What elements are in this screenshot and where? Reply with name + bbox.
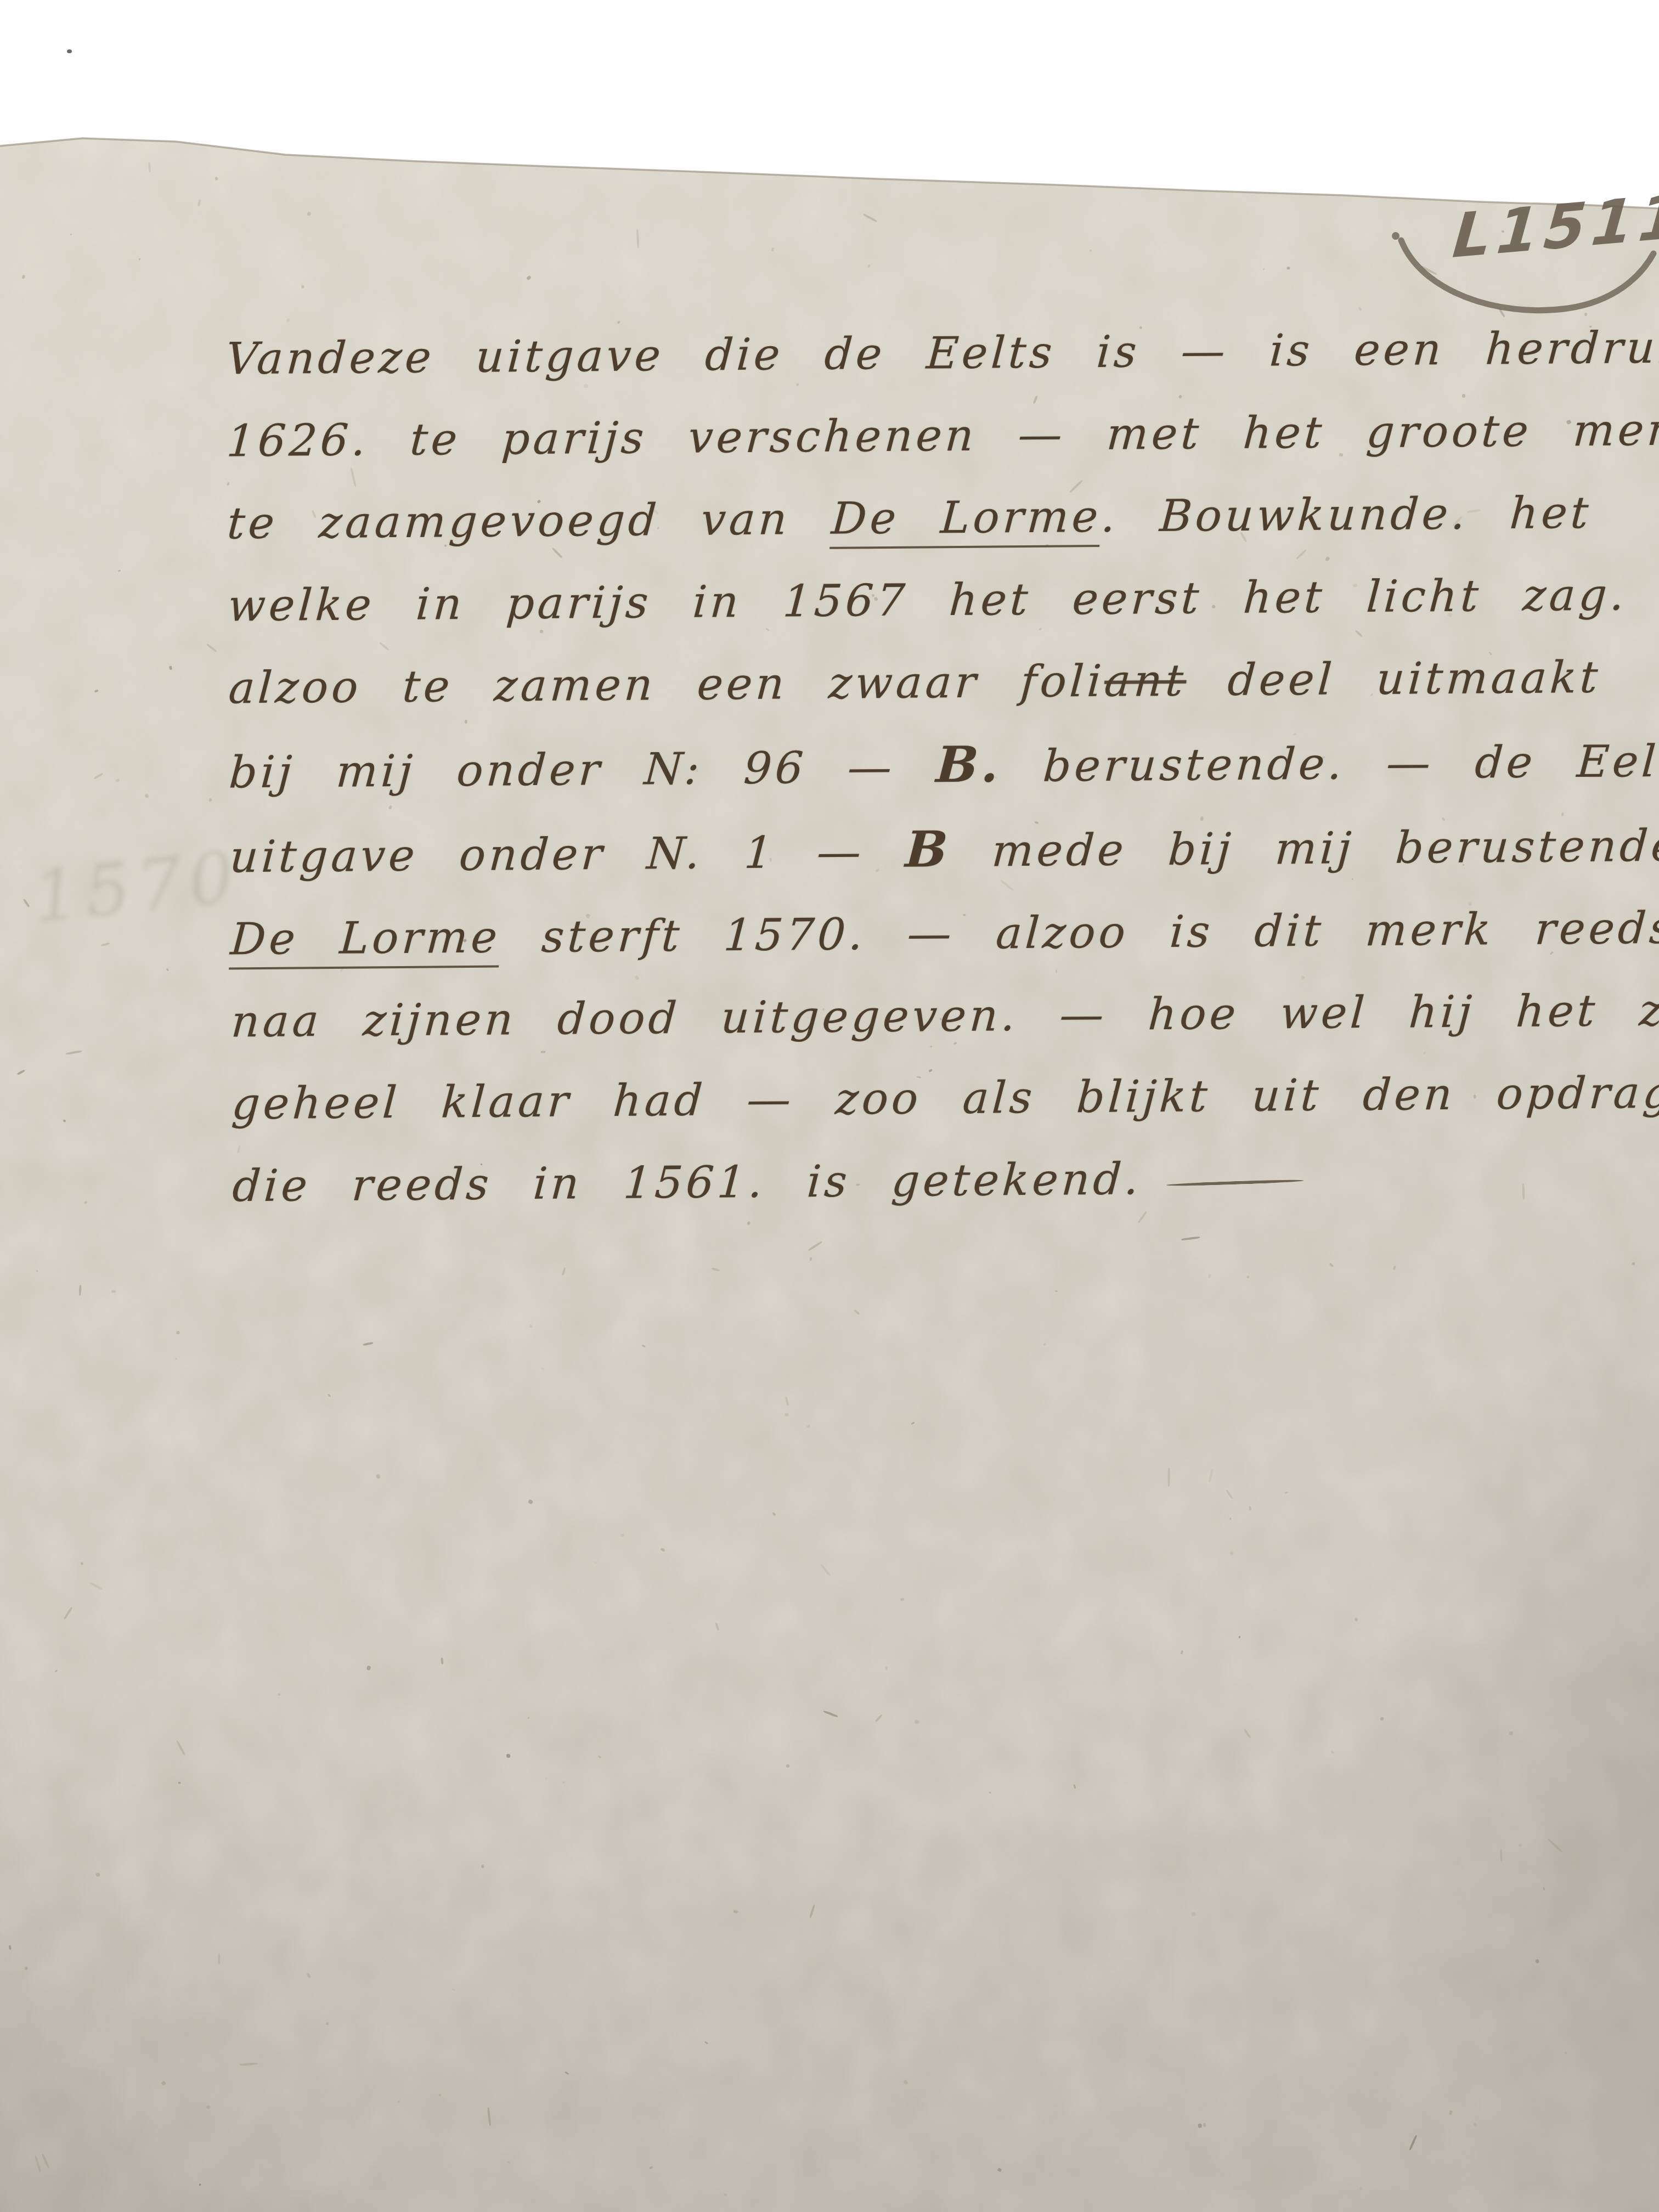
paper-speck <box>441 1657 444 1664</box>
paper-speck <box>21 274 26 279</box>
paper-speck <box>1330 1751 1334 1754</box>
manuscript-segment: uitgave onder N. 1 — <box>228 826 907 883</box>
paper-speck <box>487 2107 491 2126</box>
paper-speck <box>1226 1489 1233 1499</box>
paper-speck <box>528 1499 534 1504</box>
paper-speck <box>1209 1469 1214 1482</box>
paper-speck <box>808 1241 822 1251</box>
paper-speck <box>149 162 151 172</box>
paper-speck <box>786 1764 789 1768</box>
paper-speck <box>1229 1551 1234 1556</box>
paper-speck <box>1500 1849 1503 1861</box>
paper-speck <box>79 1285 81 1295</box>
paper-speck <box>118 569 121 572</box>
paper-speck <box>809 1904 815 1918</box>
paper-speck <box>161 2081 167 2086</box>
paper-speck <box>90 1582 103 1590</box>
manuscript-line: bij mij onder N: 96 — B. berustende. — d… <box>227 717 1659 814</box>
paper-speck <box>366 1666 371 1671</box>
paper-speck <box>1474 2123 1477 2126</box>
paper-speck <box>724 2193 727 2196</box>
paper-speck <box>1632 1262 1635 1265</box>
paper-speck <box>81 1562 83 1565</box>
paper-speck <box>1393 1266 1396 1271</box>
paper-speck <box>527 1717 529 1719</box>
paper-speck <box>1074 1784 1076 1788</box>
paper-speck <box>94 690 99 693</box>
manuscript-segment: De Lorme <box>830 491 1103 549</box>
paper-speck <box>24 1966 29 1971</box>
paper-speck <box>208 798 212 802</box>
paper-speck <box>598 1755 602 1758</box>
paper-speck <box>169 666 172 670</box>
manuscript-segment: 1626. te parijs verschenen — met het gro… <box>225 404 1659 466</box>
paper-speck <box>1535 1959 1539 1963</box>
paper-speck <box>64 1607 73 1620</box>
paper-speck <box>1329 1263 1334 1267</box>
paper-speck <box>771 247 774 251</box>
paper-speck <box>307 212 312 216</box>
paper-speck <box>1380 1717 1384 1721</box>
paper-speck <box>363 1342 374 1346</box>
paper-speck <box>375 1474 381 1479</box>
manuscript-line: 1626. te parijs verschenen — met het gro… <box>224 388 1659 483</box>
paper-speck <box>176 1330 180 1334</box>
paper-speck <box>1564 2051 1567 2055</box>
paper-speck <box>176 1740 185 1756</box>
paper-speck <box>507 2161 511 2164</box>
paper-speck <box>1244 1729 1251 1739</box>
manuscript-segment: mede bij mij berustende — <box>949 819 1659 877</box>
paper-speck <box>1543 1887 1545 1891</box>
manuscript-line: welke in parijs in 1567 het eerst het li… <box>225 552 1659 647</box>
paper-speck <box>1360 2187 1362 2190</box>
paper-speck <box>1409 2135 1417 2151</box>
paper-speck <box>506 1754 511 1758</box>
paper-speck <box>785 1397 789 1406</box>
paper-speck <box>206 644 217 652</box>
paper-speck <box>545 1777 548 1780</box>
paper-speck <box>809 1257 812 1261</box>
paper-speck <box>642 1345 646 1348</box>
paper-speck <box>620 1533 624 1537</box>
paper-speck <box>594 1561 597 1564</box>
paper-speck <box>712 1267 720 1272</box>
paper-speck <box>1055 1290 1058 1293</box>
paper-speck <box>138 258 140 261</box>
paper-speck <box>1355 1618 1358 1622</box>
paper-speck <box>63 1119 66 1122</box>
paper-speck <box>1548 1838 1564 1853</box>
paper-speck <box>1239 1636 1241 1638</box>
manuscript-text: Vandeze uitgave die de Eelts is — is een… <box>226 306 1659 1228</box>
paper-speck <box>1509 1731 1513 1735</box>
paper-speck <box>1287 267 1290 269</box>
paper-speck <box>178 1781 181 1784</box>
paper-speck <box>989 1792 991 1794</box>
manuscript-line: geheel klaar had — zoo als blijkt uit de… <box>229 1051 1659 1145</box>
manuscript-line: te zaamgevoegd van De Lorme. Bouwkunde. … <box>225 470 1659 565</box>
paper-speck <box>820 1564 831 1576</box>
paper-speck <box>541 1368 545 1370</box>
paper-speck <box>823 1710 838 1717</box>
manuscript-segment: ant <box>1103 655 1188 707</box>
manuscript-segment: die reeds in 1561. is getekend. <box>231 1153 1143 1211</box>
paper-speck <box>1246 1275 1250 1278</box>
manuscript-segment: bij mij onder N: 96 — <box>228 741 938 798</box>
paper-speck <box>1519 1843 1522 1847</box>
manuscript-segment: B <box>904 820 953 879</box>
paper-speck <box>95 1872 100 1877</box>
paper-speck <box>772 1512 776 1516</box>
paper-speck <box>176 1358 177 1360</box>
paper-speck <box>914 1719 919 1724</box>
paper-speck <box>1043 1343 1046 1346</box>
manuscript-segment: . Bouwkunde. het <box>1100 487 1594 542</box>
paper-speck <box>867 264 871 268</box>
paper-speck <box>649 2166 653 2169</box>
paper-speck <box>101 943 110 947</box>
paper-speck <box>94 773 103 780</box>
paper-speck <box>83 1201 87 1205</box>
paper-speck <box>1449 2110 1453 2115</box>
paper-speck <box>1229 1517 1231 1520</box>
paper-speck <box>36 1270 38 1272</box>
manuscript-line: uitgave onder N. 1 — B mede bij mij beru… <box>227 802 1659 899</box>
paper-speck <box>452 1988 456 1990</box>
paper-speck <box>166 968 169 971</box>
manuscript-segment: De Lorme <box>229 911 502 969</box>
paper-speck <box>17 1070 25 1075</box>
paper-speck <box>198 199 201 206</box>
paper-speck <box>885 1666 888 1671</box>
manuscript-segment: deel uitmaakt <box>1185 652 1602 706</box>
manuscript-segment: berustende. — de Eelts <box>1000 735 1659 792</box>
paper-speck <box>1168 1468 1170 1487</box>
manuscript-line: naa zijnen dood uitgegeven. — hoe wel hi… <box>229 968 1659 1063</box>
manuscript-segment: welke in parijs in 1567 het eerst het li… <box>227 568 1659 631</box>
paper-speck <box>636 229 639 248</box>
paper-speck <box>1181 1237 1200 1241</box>
paper-speck <box>704 2041 709 2044</box>
paper-speck <box>1262 268 1265 270</box>
paper-speck <box>526 275 532 280</box>
paper-speck <box>863 213 877 222</box>
manuscript-line: De Lorme sterft 1570. — alzoo is dit mer… <box>228 886 1659 981</box>
manuscript-photo: 1570 Vandeze uitgave die de Eelts is — i… <box>0 0 1659 2212</box>
paper-speck <box>1181 1650 1184 1655</box>
manuscript-segment: geheel klaar had — zoo als blijkt uit de… <box>230 1066 1659 1129</box>
paper-speck <box>1090 250 1092 252</box>
paper-speck <box>1198 2124 1202 2128</box>
paper-speck <box>35 2155 41 2172</box>
paper-speck <box>1249 1506 1251 1510</box>
paper-speck <box>565 2071 569 2075</box>
paper-speck <box>23 899 30 907</box>
manuscript-segment <box>1166 1179 1304 1187</box>
manuscript-segment: sterft 1570. — alzoo is dit merk reeds <box>499 902 1659 963</box>
manuscript-segment: B. <box>935 735 1004 794</box>
paper-speck <box>785 1413 789 1416</box>
paper-speck <box>397 2101 400 2103</box>
manuscript-line: alzoo te zamen een zwaar foliant deel ui… <box>226 635 1659 730</box>
manuscript-line: die reeds in 1561. is getekend. <box>230 1133 1659 1228</box>
paper-speck <box>199 2183 201 2186</box>
paper-speck <box>325 2022 329 2025</box>
paper-speck <box>306 1973 311 1978</box>
paper-speck <box>733 1910 738 1914</box>
paper-speck <box>1203 2123 1206 2128</box>
paper-speck <box>529 1324 533 1328</box>
paper-speck <box>328 1393 331 1397</box>
manuscript-segment: te zaamgevoegd van <box>226 493 833 549</box>
paper-speck <box>42 2153 50 2168</box>
paper-speck <box>997 2168 1002 2172</box>
manuscript-segment: naa zijnen dood uitgegeven. — hoe wel hi… <box>230 984 1659 1047</box>
pencil-underline-flourish <box>1387 224 1659 339</box>
paper-speck <box>115 778 120 782</box>
paper-speck <box>218 1954 221 1964</box>
paper-speck <box>438 2093 441 2096</box>
paper-speck <box>900 1598 905 1601</box>
dust-speck <box>67 49 72 53</box>
paper-speck <box>1191 1912 1196 1917</box>
paper-speck <box>911 1421 915 1425</box>
paper-speck <box>70 234 72 235</box>
paper-speck <box>715 1622 720 1630</box>
paper-speck <box>206 2104 211 2110</box>
paper-speck <box>806 1425 811 1429</box>
paper-speck <box>854 1309 860 1315</box>
paper-speck <box>562 1268 566 1276</box>
paper-speck <box>144 793 149 798</box>
paper-speck <box>661 1548 665 1551</box>
paper-speck <box>215 177 218 180</box>
paper-speck <box>1284 1492 1288 1494</box>
paper-speck <box>562 1781 565 1784</box>
paper-speck <box>240 2063 258 2066</box>
paper-speck <box>1207 1273 1211 1278</box>
paper-speck <box>278 1693 280 1696</box>
paper-speck <box>875 1714 883 1722</box>
manuscript-segment: alzoo te zamen een zwaar foli <box>227 656 1106 714</box>
paper-speck <box>301 285 304 289</box>
paper-speck <box>111 1290 116 1293</box>
paper-speck <box>481 1864 484 1868</box>
paper-speck <box>903 2080 909 2085</box>
paper-speck <box>8 1945 11 1950</box>
paper-speck <box>66 1050 82 1055</box>
paper-speck <box>55 1669 58 1672</box>
